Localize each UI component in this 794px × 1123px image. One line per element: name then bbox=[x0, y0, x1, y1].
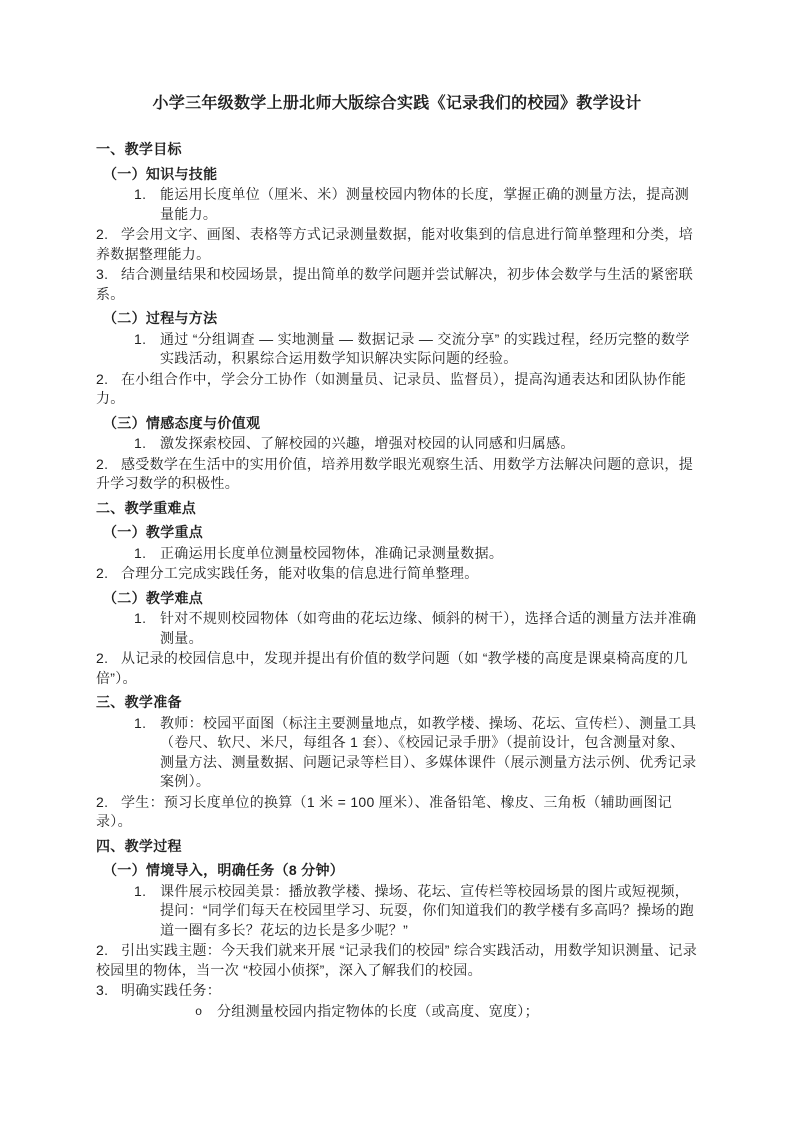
numbered-paragraph-text: 明确实践任务： bbox=[121, 982, 221, 998]
numbered-list-item-text: 能运用长度单位（厘米、米）测量校园内物体的长度，掌握正确的测量方法，提高测量能力… bbox=[160, 186, 689, 222]
numbered-list-item-text: 课件展示校园美景：播放教学楼、操场、花坛、宣传栏等校园场景的图片或短视频，提问：… bbox=[160, 883, 694, 938]
section-heading: 三、教学准备 bbox=[96, 692, 698, 713]
numbered-paragraph-text: 结合测量结果和校园场景，提出简单的数学问题并尝试解决，初步体会数学与生活的紧密联… bbox=[96, 266, 693, 302]
item-number: 2. bbox=[96, 649, 121, 669]
item-number: 2. bbox=[96, 370, 121, 390]
section-heading: 二、教学重难点 bbox=[96, 498, 698, 519]
document-body: 一、教学目标（一）知识与技能1.能运用长度单位（厘米、米）测量校园内物体的长度，… bbox=[96, 139, 698, 1021]
document-page: 小学三年级数学上册北师大版综合实践《记录我们的校园》教学设计 一、教学目标（一）… bbox=[0, 0, 794, 1123]
sub-heading-text: （一）教学重点 bbox=[103, 524, 203, 540]
sub-heading-text: （二）过程与方法 bbox=[103, 310, 217, 326]
numbered-list-item: 1.激发探索校园、了解校园的兴趣，增强对校园的认同感和归属感。 bbox=[96, 434, 698, 454]
sub-heading-text: （三）情感态度与价值观 bbox=[103, 415, 260, 431]
section-heading: 一、教学目标 bbox=[96, 139, 698, 160]
section-heading-text: 一、教学目标 bbox=[96, 141, 182, 157]
sub-heading: （三）情感态度与价值观 bbox=[96, 413, 698, 434]
numbered-paragraph: 2.感受数学在生活中的实用价值，培养用数学眼光观察生活、用数学方法解决问题的意识… bbox=[96, 455, 698, 494]
document-title: 小学三年级数学上册北师大版综合实践《记录我们的校园》教学设计 bbox=[96, 92, 698, 115]
sub-heading-text: （一）知识与技能 bbox=[103, 166, 217, 182]
numbered-paragraph-text: 合理分工完成实践任务，能对收集的信息进行简单整理。 bbox=[121, 565, 479, 581]
sub-heading-text: （一）情境导入，明确任务（8 分钟） bbox=[103, 862, 344, 878]
numbered-paragraph: 2.在小组合作中，学会分工协作（如测量员、记录员、监督员），提高沟通表达和团队协… bbox=[96, 370, 698, 409]
numbered-list-item: 1.能运用长度单位（厘米、米）测量校园内物体的长度，掌握正确的测量方法，提高测量… bbox=[96, 185, 698, 224]
item-number: 2. bbox=[96, 941, 121, 961]
item-number: 2. bbox=[96, 455, 121, 475]
numbered-paragraph: 2.学生：预习长度单位的换算（1 米 = 100 厘米）、准备铅笔、橡皮、三角板… bbox=[96, 793, 698, 832]
bullet-item-text: 分组测量校园内指定物体的长度（或高度、宽度）； bbox=[217, 1003, 539, 1019]
numbered-paragraph-text: 从记录的校园信息中，发现并提出有价值的数学问题（如 “教学楼的高度是课桌椅高度的… bbox=[96, 650, 688, 686]
item-number: 1. bbox=[134, 882, 146, 902]
sub-heading-text: （二）教学难点 bbox=[103, 590, 203, 606]
bullet-marker-icon: o bbox=[195, 1003, 203, 1023]
item-number: 1. bbox=[134, 714, 146, 734]
item-number: 1. bbox=[134, 544, 146, 564]
numbered-list-item: 1.课件展示校园美景：播放教学楼、操场、花坛、宣传栏等校园场景的图片或短视频，提… bbox=[96, 882, 698, 941]
numbered-paragraph: 2.从记录的校园信息中，发现并提出有价值的数学问题（如 “教学楼的高度是课桌椅高… bbox=[96, 649, 698, 688]
numbered-paragraph: 3.明确实践任务： bbox=[96, 981, 698, 1001]
item-number: 2. bbox=[96, 564, 121, 584]
sub-heading: （二）教学难点 bbox=[96, 588, 698, 609]
item-number: 2. bbox=[96, 793, 121, 813]
numbered-list-item: 1.教师：校园平面图（标注主要测量地点，如教学楼、操场、花坛、宣传栏）、测量工具… bbox=[96, 714, 698, 792]
bullet-item: o分组测量校园内指定物体的长度（或高度、宽度）； bbox=[96, 1002, 698, 1022]
item-number: 1. bbox=[134, 434, 146, 454]
numbered-list-item-text: 激发探索校园、了解校园的兴趣，增强对校园的认同感和归属感。 bbox=[160, 435, 575, 451]
numbered-list-item-text: 正确运用长度单位测量校园物体，准确记录测量数据。 bbox=[160, 545, 503, 561]
numbered-list-item: 1.针对不规则校园物体（如弯曲的花坛边缘、倾斜的树干），选择合适的测量方法并准确… bbox=[96, 609, 698, 648]
item-number: 2. bbox=[96, 225, 121, 245]
numbered-paragraph-text: 学会用文字、画图、表格等方式记录测量数据，能对收集到的信息进行简单整理和分类，培… bbox=[96, 226, 693, 262]
numbered-paragraph-text: 在小组合作中，学会分工协作（如测量员、记录员、监督员），提高沟通表达和团队协作能… bbox=[96, 371, 686, 407]
numbered-paragraph: 3.结合测量结果和校园场景，提出简单的数学问题并尝试解决，初步体会数学与生活的紧… bbox=[96, 265, 698, 304]
section-heading-text: 三、教学准备 bbox=[96, 694, 182, 710]
item-number: 1. bbox=[134, 609, 146, 629]
sub-heading: （一）知识与技能 bbox=[96, 164, 698, 185]
numbered-list-item-text: 教师：校园平面图（标注主要测量地点，如教学楼、操场、花坛、宣传栏）、测量工具（卷… bbox=[160, 715, 696, 790]
numbered-list-item: 1.正确运用长度单位测量校园物体，准确记录测量数据。 bbox=[96, 544, 698, 564]
item-number: 1. bbox=[134, 185, 146, 205]
item-number: 3. bbox=[96, 981, 121, 1001]
numbered-list-item-text: 通过 “分组调查 — 实地测量 — 数据记录 — 交流分享” 的实践过程，经历完… bbox=[160, 331, 690, 367]
numbered-paragraph-text: 引出实践主题：今天我们就来开展 “记录我们的校园” 综合实践活动，用数学知识测量… bbox=[96, 942, 697, 978]
section-heading-text: 四、教学过程 bbox=[96, 838, 182, 854]
section-heading-text: 二、教学重难点 bbox=[96, 500, 196, 516]
numbered-paragraph: 2.引出实践主题：今天我们就来开展 “记录我们的校园” 综合实践活动，用数学知识… bbox=[96, 941, 698, 980]
numbered-paragraph-text: 感受数学在生活中的实用价值，培养用数学眼光观察生活、用数学方法解决问题的意识，提… bbox=[96, 456, 693, 492]
item-number: 3. bbox=[96, 265, 121, 285]
numbered-paragraph: 2.学会用文字、画图、表格等方式记录测量数据，能对收集到的信息进行简单整理和分类… bbox=[96, 225, 698, 264]
item-number: 1. bbox=[134, 330, 146, 350]
sub-heading: （一）情境导入，明确任务（8 分钟） bbox=[96, 860, 698, 881]
numbered-paragraph-text: 学生：预习长度单位的换算（1 米 = 100 厘米）、准备铅笔、橡皮、三角板（辅… bbox=[96, 794, 672, 830]
sub-heading: （一）教学重点 bbox=[96, 522, 698, 543]
sub-heading: （二）过程与方法 bbox=[96, 308, 698, 329]
numbered-list-item-text: 针对不规则校园物体（如弯曲的花坛边缘、倾斜的树干），选择合适的测量方法并准确测量… bbox=[160, 610, 696, 646]
numbered-list-item: 1.通过 “分组调查 — 实地测量 — 数据记录 — 交流分享” 的实践过程，经… bbox=[96, 330, 698, 369]
section-heading: 四、教学过程 bbox=[96, 836, 698, 857]
numbered-paragraph: 2.合理分工完成实践任务，能对收集的信息进行简单整理。 bbox=[96, 564, 698, 584]
